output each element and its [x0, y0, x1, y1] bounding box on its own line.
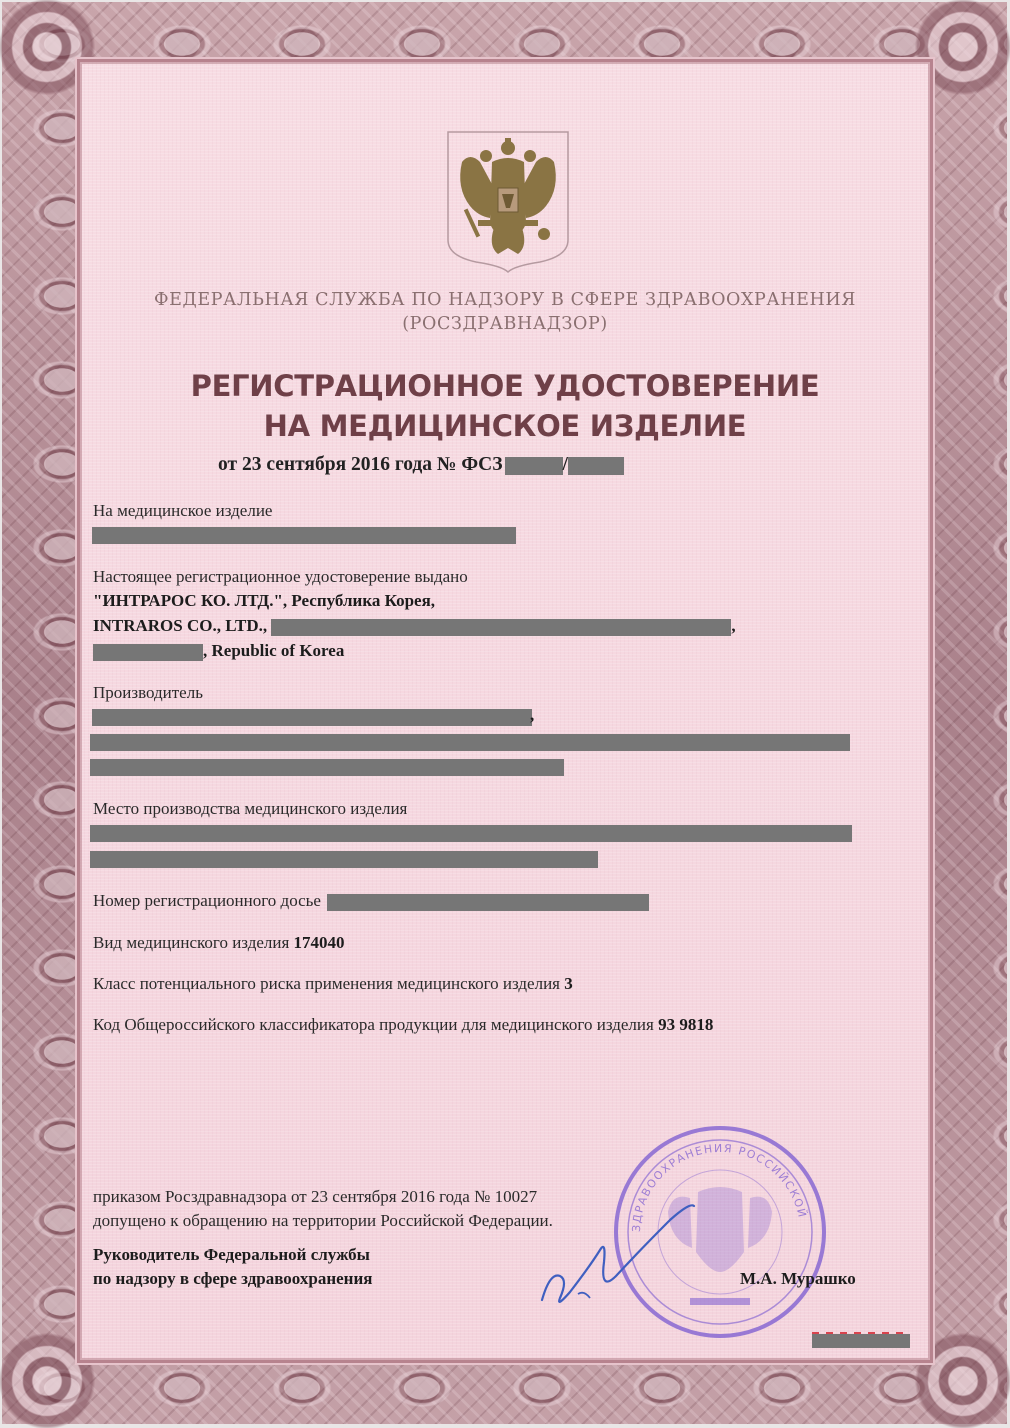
- device-type-value: 174040: [294, 933, 345, 952]
- agency-short-name: (РОСЗДРАВНАДЗОР): [100, 312, 910, 336]
- russian-coat-of-arms-icon: [444, 128, 572, 274]
- redacted-serial-number: [812, 1334, 910, 1348]
- risk-class-value: 3: [564, 974, 573, 993]
- production-place-label: Место производства медицинского изделия: [93, 798, 407, 820]
- country-text: , Republic of Korea: [203, 641, 344, 660]
- redacted-address: [271, 619, 731, 636]
- signatory-title-line2: по надзору в сфере здравоохранения: [93, 1268, 372, 1290]
- issued-to-name-en: INTRAROS CO., LTD., ,: [93, 615, 736, 637]
- certificate-title-line1: РЕГИСТРАЦИОННОЕ УДОСТОВЕРЕНИЕ: [100, 368, 910, 404]
- redacted-registration-suffix: [568, 457, 624, 475]
- device-type-line: Вид медицинского изделия 174040: [93, 932, 345, 954]
- dossier-number-line: Номер регистрационного досье: [93, 890, 649, 912]
- okp-code-label: Код Общероссийского классификатора проду…: [93, 1015, 654, 1034]
- risk-class-line: Класс потенциального риска применения ме…: [93, 973, 573, 995]
- approval-line: допущено к обращению на территории Росси…: [93, 1210, 553, 1232]
- signatory-title-line1: Руководитель Федеральной службы: [93, 1244, 370, 1266]
- redacted-dossier-number: [327, 894, 649, 911]
- risk-class-label: Класс потенциального риска применения ме…: [93, 974, 560, 993]
- issued-to-company-en: INTRAROS CO., LTD.,: [93, 616, 271, 635]
- redacted-device-name: [92, 527, 516, 544]
- manufacturer-label: Производитель: [93, 682, 203, 704]
- redacted-manufacturer-line1: [92, 709, 532, 726]
- device-label: На медицинское изделие: [93, 500, 272, 522]
- certificate-title-line2: НА МЕДИЦИНСКОЕ ИЗДЕЛИЕ: [100, 408, 910, 444]
- issued-to-name-ru: "ИНТРАРОС КО. ЛТД.", Республика Корея,: [93, 590, 435, 612]
- device-type-label: Вид медицинского изделия: [93, 933, 289, 952]
- comma: ,: [530, 704, 534, 726]
- issued-to-label: Настоящее регистрационное удостоверение …: [93, 566, 468, 588]
- comma: ,: [731, 616, 735, 635]
- okp-code-value: 93 9818: [658, 1015, 713, 1034]
- redacted-manufacturer-line3: [90, 759, 564, 776]
- okp-code-line: Код Общероссийского классификатора проду…: [93, 1014, 713, 1036]
- signature: [520, 1180, 720, 1320]
- issued-to-country: , Republic of Korea: [93, 640, 344, 662]
- order-line: приказом Росздравнадзора от 23 сентября …: [93, 1186, 537, 1208]
- registration-number-line: от 23 сентября 2016 года № ФСЗ/: [218, 454, 624, 476]
- redacted-registration-number: [505, 457, 563, 475]
- signatory-name: М.А. Мурашко: [740, 1268, 856, 1290]
- registration-date-and-prefix: от 23 сентября 2016 года № ФСЗ: [218, 454, 503, 475]
- dossier-number-label: Номер регистрационного досье: [93, 891, 321, 910]
- agency-name: ФЕДЕРАЛЬНАЯ СЛУЖБА ПО НАДЗОРУ В СФЕРЕ ЗД…: [100, 288, 910, 312]
- redacted-manufacturer-line2: [90, 734, 850, 751]
- redacted-city: [93, 644, 203, 661]
- redacted-production-place-line1: [90, 825, 852, 842]
- redacted-production-place-line2: [90, 851, 598, 868]
